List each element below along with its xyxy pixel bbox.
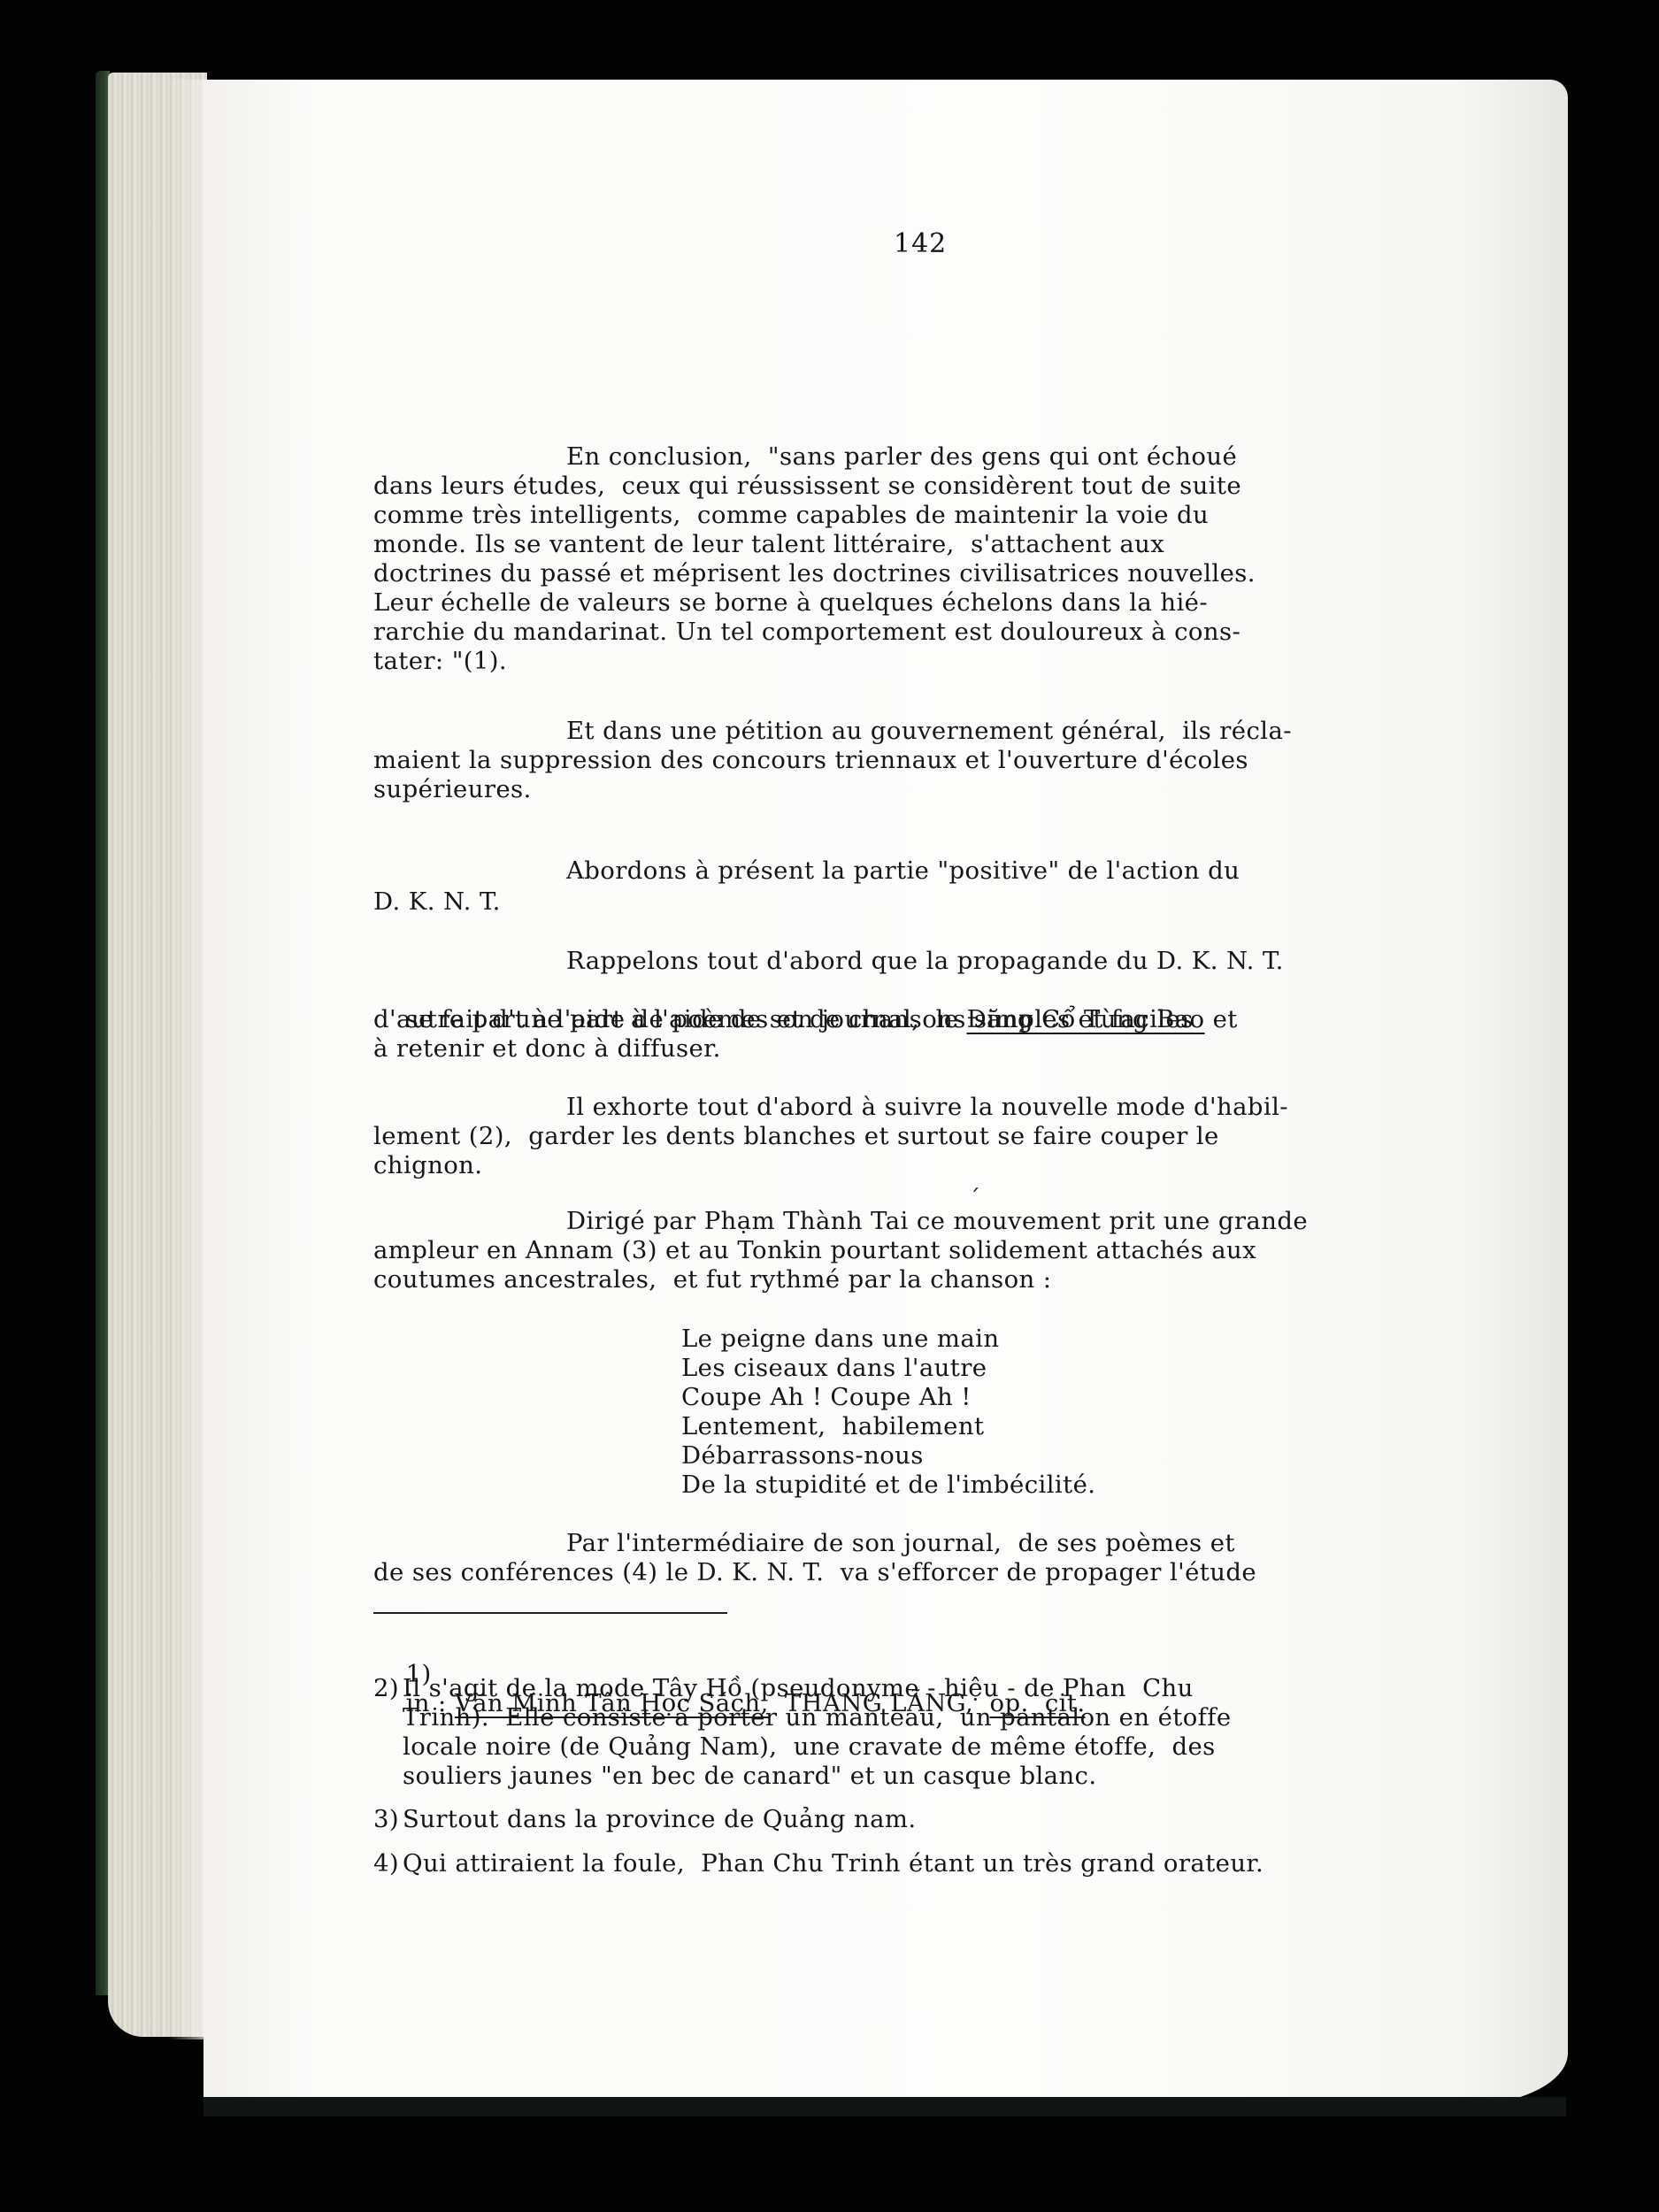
- text-line: rarchie du mandarinat. Un tel comporteme…: [373, 618, 1240, 647]
- verse-line: Coupe Ah ! Coupe Ah !: [681, 1383, 972, 1412]
- text-line: doctrines du passé et méprisent les doct…: [373, 559, 1256, 588]
- text-line: Abordons à présent la partie "positive" …: [566, 856, 1240, 886]
- text-span: et: [1204, 1005, 1237, 1033]
- page-number: 142: [894, 228, 947, 259]
- text-line: D. K. N. T.: [373, 887, 501, 917]
- verse-line: Débarrassons-nous: [681, 1441, 924, 1471]
- text-line: souliers jaunes "en bec de canard" et un…: [403, 1762, 1097, 1791]
- text-line: Dirigé par Phạm Thành Tai ce mouvement p…: [566, 1207, 1308, 1236]
- page-bottom-shadow: [204, 2097, 1566, 2116]
- text-line: supérieures.: [373, 775, 532, 804]
- footnote-number: 2): [373, 1674, 399, 1703]
- verse-line: Lentement, habilement: [681, 1412, 984, 1441]
- page-gutter-shading: [168, 80, 221, 2039]
- text-line: chignon.: [373, 1151, 482, 1180]
- text-line: d'autre part à l'aide de poèmes et de ch…: [373, 1005, 1194, 1034]
- text-line: Il exhorte tout d'abord à suivre la nouv…: [566, 1093, 1288, 1122]
- text-line: Par l'intermédiaire de son journal, de s…: [566, 1529, 1235, 1558]
- text-line: monde. Ils se vantent de leur talent lit…: [373, 530, 1164, 559]
- footnote-separator: [373, 1612, 727, 1614]
- text-line: Rappelons tout d'abord que la propagande…: [566, 947, 1284, 976]
- text-line: maient la suppression des concours trien…: [373, 746, 1248, 775]
- footnote-number: 3): [373, 1805, 399, 1834]
- text-line: coutumes ancestrales, et fut rythmé par …: [373, 1265, 1051, 1294]
- text-line: Surtout dans la province de Quảng nam.: [403, 1805, 917, 1834]
- text-line: ampleur en Annam (3) et au Tonkin pourta…: [373, 1236, 1256, 1265]
- text-line: En conclusion, "sans parler des gens qui…: [566, 442, 1237, 472]
- footnote-number: 4): [373, 1849, 399, 1878]
- text-line: Et dans une pétition au gouvernement gén…: [566, 717, 1292, 746]
- text-line: Il s'agit de la mode Tây Hồ (pseudonyme …: [403, 1674, 1194, 1703]
- text-line: tater: "(1).: [373, 647, 507, 676]
- text-line: à retenir et donc à diffuser.: [373, 1034, 721, 1064]
- text-line: Leur échelle de valeurs se borne à quelq…: [373, 588, 1208, 618]
- verse-line: Les ciseaux dans l'autre: [681, 1354, 987, 1383]
- text-line: comme très intelligents, comme capables …: [373, 501, 1209, 530]
- text-line: de ses conférences (4) le D. K. N. T. va…: [373, 1558, 1256, 1587]
- text-line: lement (2), garder les dents blanches et…: [373, 1122, 1219, 1151]
- text-line: Trinh). Elle consiste à porter un mantea…: [403, 1703, 1232, 1732]
- verse-line: Le peigne dans une main: [681, 1325, 999, 1354]
- text-line: dans leurs études, ceux qui réussissent …: [373, 472, 1241, 501]
- text-line: locale noire (de Quảng Nam), une cravate…: [403, 1732, 1216, 1762]
- text-line: Qui attiraient la foule, Phan Chu Trinh …: [403, 1849, 1263, 1878]
- verse-line: De la stupidité et de l'imbécilité.: [681, 1471, 1095, 1500]
